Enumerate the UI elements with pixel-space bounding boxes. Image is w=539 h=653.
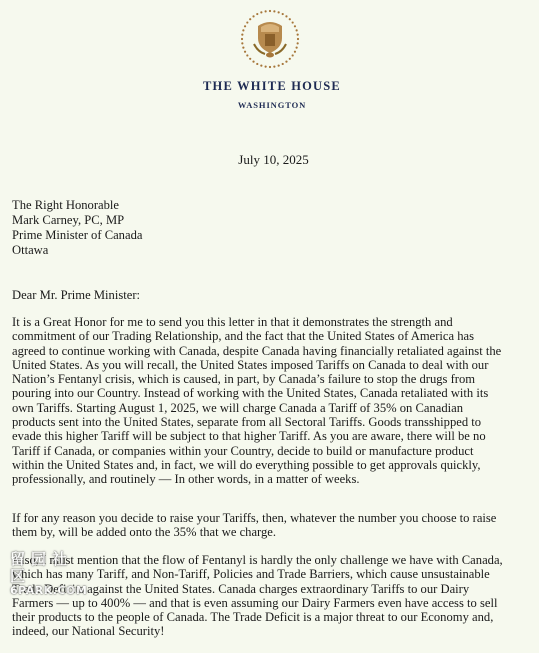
text-line: which has many Tariff, and Non-Tariff, P… [12,567,532,581]
text-line: professionally, and routinely — In other… [12,472,532,486]
text-line: evade this higher Tariff will be subject… [12,429,532,443]
letterhead-subtitle: WASHINGTON [5,100,539,110]
salutation: Dear Mr. Prime Minister: [12,288,140,303]
text-line: If for any reason you decide to raise yo… [12,511,532,525]
text-line: Nation’s Fentanyl crisis, which is cause… [12,372,532,386]
paragraph-3: Also, I must mention that the flow of Fe… [12,553,532,639]
text-line: Also, I must mention that the flow of Fe… [12,553,532,567]
text-line: It is a Great Honor for me to send you t… [12,315,532,329]
text-line: indeed, our National Security! [12,624,532,638]
letter-page: THE WHITE HOUSE WASHINGTON July 10, 2025… [0,0,539,653]
recipient-address: The Right Honorable Mark Carney, PC, MP … [12,198,142,258]
recipient-line: Mark Carney, PC, MP [12,213,142,228]
text-line: them by, will be added onto the 35% that… [12,525,532,539]
letterhead: THE WHITE HOUSE WASHINGTON [0,79,539,110]
paragraph-1: It is a Great Honor for me to send you t… [12,315,532,487]
text-line: agreed to continue working with Canada, … [12,344,532,358]
text-line: within the United States and, in fact, w… [12,458,532,472]
text-line: Tariff if Canada, or companies within yo… [12,444,532,458]
paragraph-2: If for any reason you decide to raise yo… [12,511,532,540]
text-line: Farmers — up to 400% — and that is even … [12,596,532,610]
text-line: own Tariffs. Starting August 1, 2025, we… [12,401,532,415]
recipient-line: The Right Honorable [12,198,142,213]
presidential-seal-icon [239,8,301,70]
text-line: Trade Deficits against the United States… [12,582,532,596]
recipient-line: Prime Minister of Canada [12,228,142,243]
text-line: their products to the people of Canada. … [12,610,532,624]
text-line: pouring into our Country. Instead of wor… [12,386,532,400]
letterhead-title: THE WHITE HOUSE [5,79,539,94]
text-line: products sent into the United States, se… [12,415,532,429]
letter-date: July 10, 2025 [4,152,539,168]
text-line: United States. As you will recall, the U… [12,358,532,372]
recipient-line: Ottawa [12,243,142,258]
text-line: commitment of our Trading Relationship, … [12,329,532,343]
